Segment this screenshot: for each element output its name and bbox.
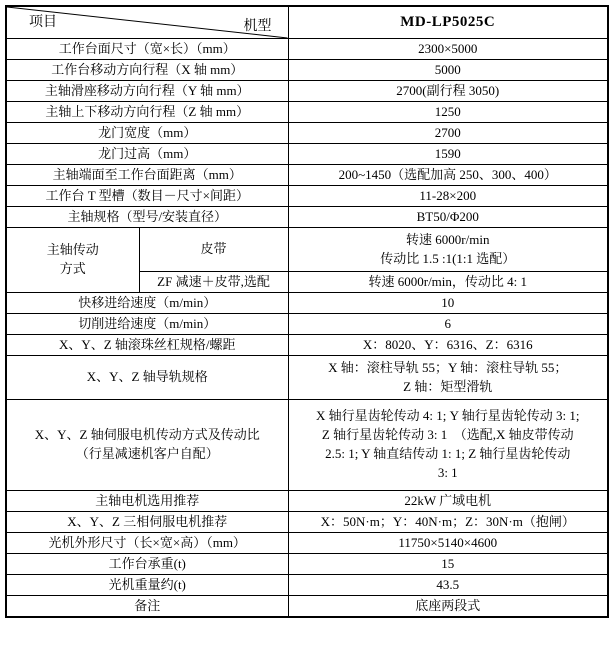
row-machine-dimensions: 光机外形尺寸（长×宽×高）（mm） 11750×5140×4600 xyxy=(6,533,608,554)
spec-label: 主轴端面至工作台面距离（mm） xyxy=(6,165,288,186)
spec-value: 2700(副行程 3050) xyxy=(288,81,608,102)
servo-drive-label-line2: （行星减速机客户自配） xyxy=(9,445,286,464)
spec-label: 快移进给速度（m/min） xyxy=(6,293,288,314)
row-y-travel: 主轴滑座移动方向行程（Y 轴 mm） 2700(副行程 3050) xyxy=(6,81,608,102)
spec-value: 1250 xyxy=(288,102,608,123)
row-ballscrew-spec: X、Y、Z 轴滚珠丝杠规格/螺距 X：8020、Y：6316、Z：6316 xyxy=(6,335,608,356)
spec-value: 10 xyxy=(288,293,608,314)
servo-drive-value-line2: Z 轴行星齿轮传动 3: 1 （选配,X 轴皮带传动 xyxy=(291,426,606,445)
belt-drive-value-line1: 转速 6000r/min xyxy=(291,231,606,250)
spec-label: X、Y、Z 轴滚珠丝杠规格/螺距 xyxy=(6,335,288,356)
header-model-label: 机型 xyxy=(244,17,272,37)
spec-label: X、Y、Z 三相伺服电机推荐 xyxy=(6,512,288,533)
belt-drive-value: 转速 6000r/min 传动比 1.5 :1(1:1 选配） xyxy=(288,228,608,272)
spec-value: 200~1450（选配加高 250、300、400） xyxy=(288,165,608,186)
guide-rail-value-line2: Z 轴：矩型滑轨 xyxy=(291,378,606,397)
servo-drive-value-line3: 2.5: 1; Y 轴直结传动 1: 1; Z 轴行星齿轮传动 xyxy=(291,445,606,464)
belt-drive-value-line2: 传动比 1.5 :1(1:1 选配） xyxy=(291,250,606,269)
row-spindle-motor: 主轴电机选用推荐 22kW 广域电机 xyxy=(6,491,608,512)
servo-drive-value: X 轴行星齿轮传动 4: 1; Y 轴行星齿轮传动 3: 1; Z 轴行星齿轮传… xyxy=(288,400,608,491)
spec-value: 22kW 广域电机 xyxy=(288,491,608,512)
spec-value: BT50/Φ200 xyxy=(288,207,608,228)
row-spindle-drive-belt: 主轴传动 方式 皮带 转速 6000r/min 传动比 1.5 :1(1:1 选… xyxy=(6,228,608,272)
row-spindle-to-table-distance: 主轴端面至工作台面距离（mm） 200~1450（选配加高 250、300、40… xyxy=(6,165,608,186)
row-x-travel: 工作台移动方向行程（X 轴 mm） 5000 xyxy=(6,60,608,81)
spec-label: 龙门宽度（mm） xyxy=(6,123,288,144)
row-guide-rail-spec: X、Y、Z 轴导轨规格 X 轴：滚柱导轨 55；Y 轴：滚柱导轨 55； Z 轴… xyxy=(6,356,608,400)
row-cutting-feed: 切削进给速度（m/min） 6 xyxy=(6,314,608,335)
servo-drive-label-line1: X、Y、Z 轴伺服电机传动方式及传动比 xyxy=(9,426,286,445)
spec-label: 工作台面尺寸（宽×长）（mm） xyxy=(6,39,288,60)
spec-value: 5000 xyxy=(288,60,608,81)
spec-label: 主轴滑座移动方向行程（Y 轴 mm） xyxy=(6,81,288,102)
guide-rail-label: X、Y、Z 轴导轨规格 xyxy=(6,356,288,400)
zf-drive-value: 转速 6000r/min，传动比 4: 1 xyxy=(288,272,608,293)
spec-value: 1590 xyxy=(288,144,608,165)
spec-label: 工作台 T 型槽（数目－尺寸×间距） xyxy=(6,186,288,207)
belt-drive-label: 皮带 xyxy=(139,228,288,272)
spindle-drive-label-line1: 主轴传动 xyxy=(9,241,137,260)
spec-label: 切削进给速度（m/min） xyxy=(6,314,288,335)
spec-sheet-page: 项目 机型 MD-LP5025C 工作台面尺寸（宽×长）（mm） 2300×50… xyxy=(0,0,612,648)
row-rapid-feed: 快移进给速度（m/min） 10 xyxy=(6,293,608,314)
spec-label: 主轴规格（型号/安装直径） xyxy=(6,207,288,228)
row-gantry-height: 龙门过高（mm） 1590 xyxy=(6,144,608,165)
row-servo-motor-recommend: X、Y、Z 三相伺服电机推荐 X：50N·m；Y：40N·m；Z：30N·m（抱… xyxy=(6,512,608,533)
spec-value: 2300×5000 xyxy=(288,39,608,60)
row-machine-weight: 光机重量约(t) 43.5 xyxy=(6,575,608,596)
spec-value: 11750×5140×4600 xyxy=(288,533,608,554)
row-z-travel: 主轴上下移动方向行程（Z 轴 mm） 1250 xyxy=(6,102,608,123)
spec-value: X：8020、Y：6316、Z：6316 xyxy=(288,335,608,356)
row-spindle-spec: 主轴规格（型号/安装直径） BT50/Φ200 xyxy=(6,207,608,228)
servo-drive-value-line4: 3: 1 xyxy=(291,464,606,483)
spec-value: 底座两段式 xyxy=(288,596,608,618)
spec-value: 43.5 xyxy=(288,575,608,596)
spindle-drive-mode-label: 主轴传动 方式 xyxy=(6,228,139,293)
machine-spec-table: 项目 机型 MD-LP5025C 工作台面尺寸（宽×长）（mm） 2300×50… xyxy=(5,5,609,618)
spec-label: 主轴电机选用推荐 xyxy=(6,491,288,512)
model-name: MD-LP5025C xyxy=(288,6,608,39)
spec-label: 工作台承重(t) xyxy=(6,554,288,575)
spec-label: 工作台移动方向行程（X 轴 mm） xyxy=(6,60,288,81)
row-remarks: 备注 底座两段式 xyxy=(6,596,608,618)
guide-rail-value: X 轴：滚柱导轨 55；Y 轴：滚柱导轨 55； Z 轴：矩型滑轨 xyxy=(288,356,608,400)
spec-label: 光机重量约(t) xyxy=(6,575,288,596)
row-t-slot: 工作台 T 型槽（数目－尺寸×间距） 11-28×200 xyxy=(6,186,608,207)
header-item-label: 项目 xyxy=(29,13,57,33)
servo-drive-label: X、Y、Z 轴伺服电机传动方式及传动比 （行星减速机客户自配） xyxy=(6,400,288,491)
spec-value: 15 xyxy=(288,554,608,575)
spec-label: 光机外形尺寸（长×宽×高）（mm） xyxy=(6,533,288,554)
spec-value: 11-28×200 xyxy=(288,186,608,207)
guide-rail-value-line1: X 轴：滚柱导轨 55；Y 轴：滚柱导轨 55； xyxy=(291,359,606,378)
zf-drive-label: ZF 减速＋皮带,选配 xyxy=(139,272,288,293)
spec-label: 主轴上下移动方向行程（Z 轴 mm） xyxy=(6,102,288,123)
servo-drive-value-line1: X 轴行星齿轮传动 4: 1; Y 轴行星齿轮传动 3: 1; xyxy=(291,407,606,426)
spec-value: 6 xyxy=(288,314,608,335)
spec-value: X：50N·m；Y：40N·m；Z：30N·m（抱闸） xyxy=(288,512,608,533)
spec-label: 备注 xyxy=(6,596,288,618)
row-table-load: 工作台承重(t) 15 xyxy=(6,554,608,575)
header-row: 项目 机型 MD-LP5025C xyxy=(6,6,608,39)
diagonal-header-cell: 项目 机型 xyxy=(6,6,288,39)
spec-value: 2700 xyxy=(288,123,608,144)
spindle-drive-label-line2: 方式 xyxy=(9,260,137,279)
row-worktable-size: 工作台面尺寸（宽×长）（mm） 2300×5000 xyxy=(6,39,608,60)
spec-label: 龙门过高（mm） xyxy=(6,144,288,165)
row-servo-drive-ratio: X、Y、Z 轴伺服电机传动方式及传动比 （行星减速机客户自配） X 轴行星齿轮传… xyxy=(6,400,608,491)
row-gantry-width: 龙门宽度（mm） 2700 xyxy=(6,123,608,144)
